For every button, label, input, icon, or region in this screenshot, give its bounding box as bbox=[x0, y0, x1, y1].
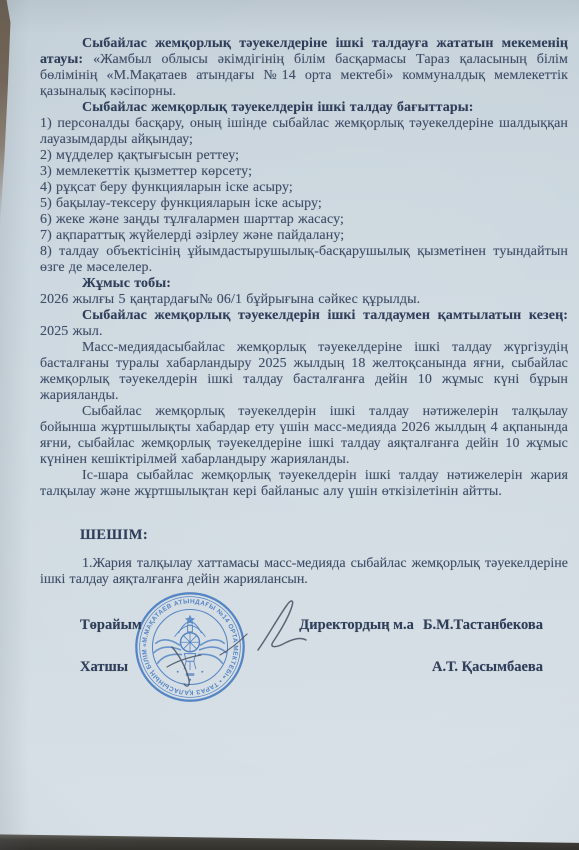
paper-sheet: Сыбайлас жемқорлық тәуекелдеріне ішкі та… bbox=[0, 0, 579, 850]
secretary-name: А.Т. Қасымбаева bbox=[432, 659, 543, 676]
document-body: Сыбайлас жемқорлық тәуекелдеріне ішкі та… bbox=[40, 36, 568, 500]
decision-paragraph: 1.Жария талқылау хаттамасы масс-медияда … bbox=[40, 556, 568, 588]
direction-item: 8) талдау объектісінің ұйымдастырушылық-… bbox=[40, 244, 568, 276]
results-paragraph: Сыбайлас жемқорлық тәуекелдерін ішкі тал… bbox=[40, 404, 568, 468]
signature-row-secretary: Хатшы А.Т. Қасымбаева bbox=[40, 659, 543, 676]
announcement-paragraph: Масс-медиядасыбайлас жемқорлық тәуекелде… bbox=[40, 340, 568, 404]
chair-role-label: Төрайым bbox=[80, 617, 142, 634]
secretary-role-label: Хатшы bbox=[80, 659, 128, 676]
period-heading: Сыбайлас жемқорлық тәуекелдерін ішкі тал… bbox=[40, 308, 568, 324]
direction-item: 1) персоналды басқару, оның ішінде сыбай… bbox=[40, 116, 568, 148]
chair-title: Директордың м.а bbox=[299, 617, 414, 634]
working-group-heading: Жұмыс тобы: bbox=[40, 276, 568, 292]
chair-name: Б.М.Тастанбекова bbox=[423, 617, 543, 634]
intro-rest: «Жамбыл облысы әкімдігінің білім басқарм… bbox=[40, 52, 568, 99]
signature-row-chair: Төрайым Директордың м.а Б.М.Тастанбекова bbox=[40, 617, 543, 634]
official-seal: «М.МАҚАТАЕВ АТЫНДАҒЫ №14 ОРТА МЕКТЕБІ» •… bbox=[133, 590, 247, 704]
working-group-text: 2026 жылғы 5 қаңтардағы№ 06/1 бұйрығына … bbox=[40, 292, 568, 308]
direction-item: 6) жеке және заңды тұлғалармен шарттар ж… bbox=[40, 212, 568, 228]
document-photo: Сыбайлас жемқорлық тәуекелдеріне ішкі та… bbox=[0, 0, 579, 850]
event-paragraph: Іс-шара сыбайлас жемқорлық тәуекелдерін … bbox=[40, 468, 568, 500]
directions-heading: Сыбайлас жемқорлық тәуекелдерін ішкі тал… bbox=[40, 100, 568, 116]
direction-item: 5) бақылау-тексеру функцияларын іске асы… bbox=[40, 196, 568, 212]
direction-item: 2) мүдделер қақтығысын реттеу; bbox=[40, 148, 568, 164]
decision-heading: ШЕШІМ: bbox=[80, 527, 148, 543]
direction-item: 4) рұқсат беру функцияларын іске асыру; bbox=[40, 180, 568, 196]
direction-item: 7) ақпараттық жүйелерді әзірлеу және пай… bbox=[40, 228, 568, 244]
intro-paragraph: Сыбайлас жемқорлық тәуекелдеріне ішкі та… bbox=[40, 36, 568, 100]
direction-item: 3) мемлекеттік қызметтер көрсету; bbox=[40, 164, 568, 180]
period-value: 2025 жыл. bbox=[40, 324, 568, 340]
